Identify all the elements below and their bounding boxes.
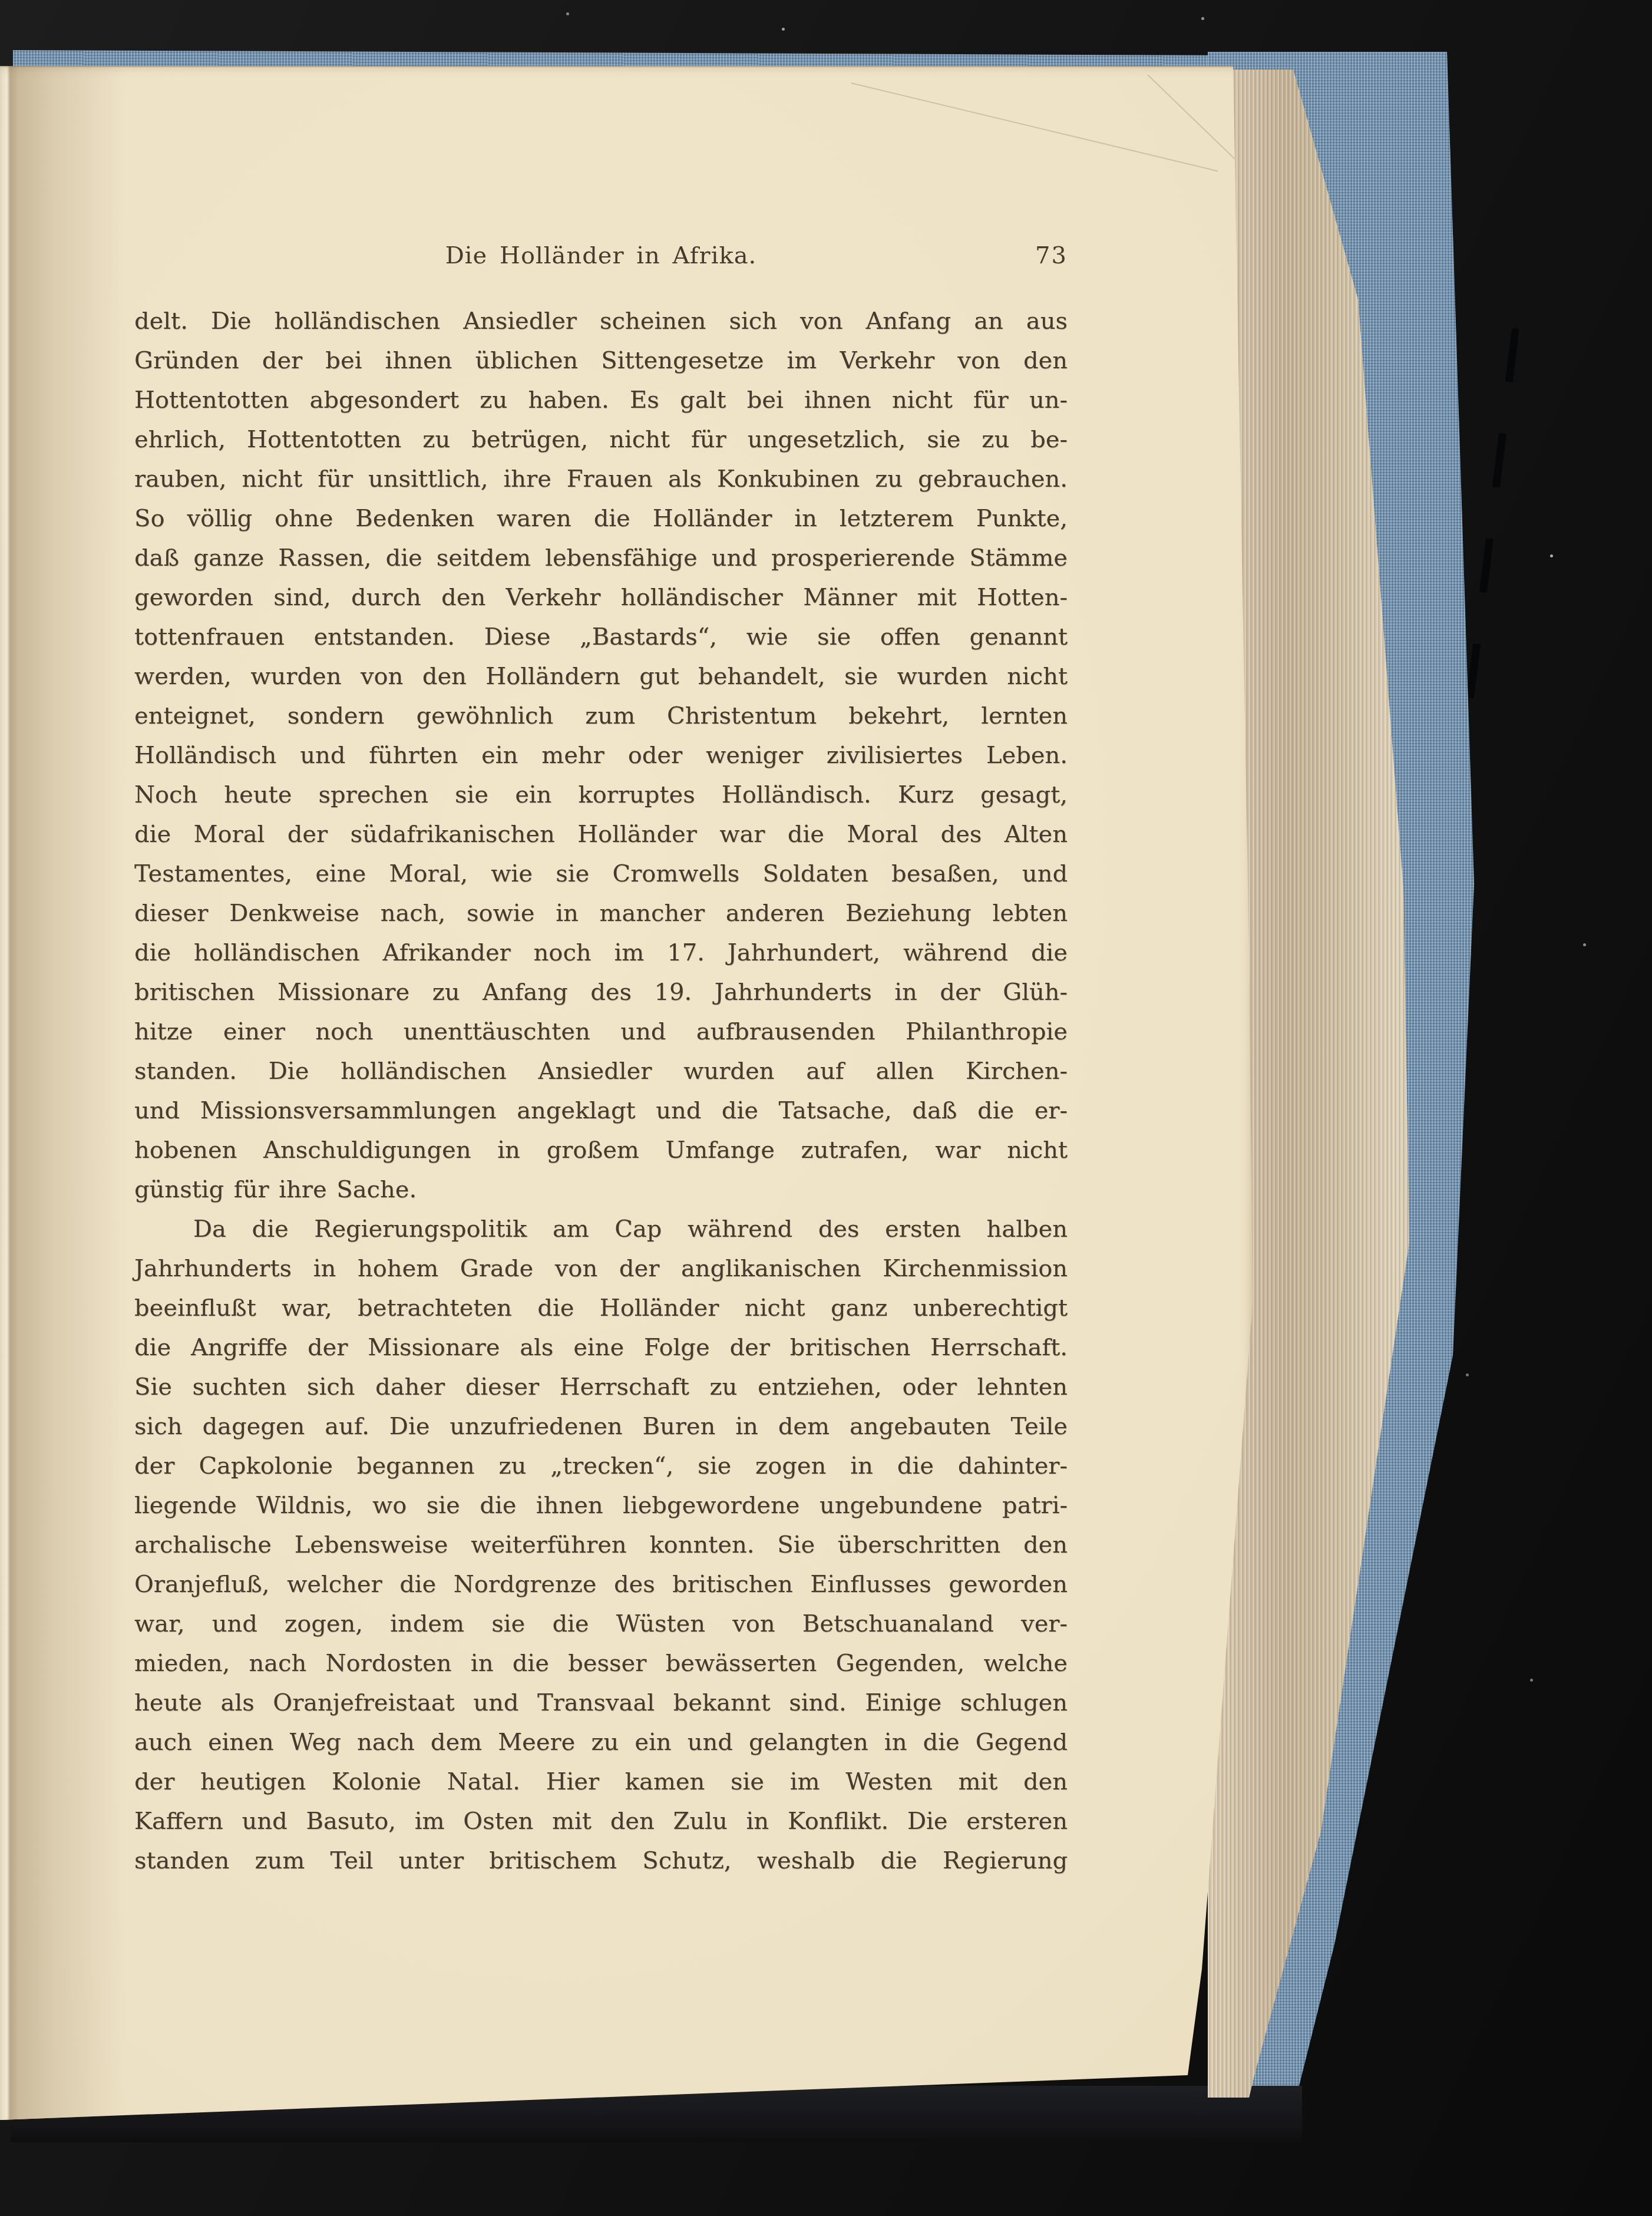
scan-backdrop: 73 Die Holländer in Afrika. delt. Die ho… (0, 0, 1652, 2216)
text-line: Noch heute sprechen sie ein korruptes Ho… (134, 775, 1068, 815)
text-line: sich dagegen auf. Die unzufriedenen Bure… (134, 1407, 1068, 1446)
text-line: hobenen Anschuldigungen in großem Umfang… (134, 1131, 1068, 1170)
page-number: 73 (1035, 239, 1068, 272)
text-line: geworden sind, durch den Verkehr holländ… (134, 578, 1068, 617)
text-line: mieden, nach Nordosten in die besser bew… (134, 1644, 1068, 1683)
text-line: tottenfrauen entstanden. Diese „Bastards… (134, 617, 1068, 657)
text-line: und Missionsversammlungen angeklagt und … (134, 1091, 1068, 1131)
text-line: die Moral der südafrikanischen Holländer… (134, 815, 1068, 854)
text-line: Hottentotten abgesondert zu haben. Es ga… (134, 381, 1068, 420)
text-line: ehrlich, Hottentotten zu betrügen, nicht… (134, 420, 1068, 460)
text-line: Oranjefluß, welcher die Nordgrenze des b… (134, 1565, 1068, 1604)
text-line: enteignet, sondern gewöhnlich zum Christ… (134, 696, 1068, 736)
text-line: So völlig ohne Bedenken waren die Hollän… (134, 499, 1068, 539)
text-line: Da die Regierungspolitik am Cap während … (134, 1210, 1068, 1249)
text-line: archalische Lebensweise weiterführen kon… (134, 1525, 1068, 1565)
text-line: heute als Oranjefreistaat und Transvaal … (134, 1683, 1068, 1723)
text-line: die holländischen Afrikander noch im 17.… (134, 933, 1068, 973)
text-line: daß ganze Rassen, die seitdem lebensfähi… (134, 539, 1068, 578)
text-line: standen. Die holländischen Ansiedler wur… (134, 1052, 1068, 1091)
text-line: dieser Denkweise nach, sowie in mancher … (134, 894, 1068, 933)
text-line: werden, wurden von den Holländern gut be… (134, 657, 1068, 696)
text-line: liegende Wildnis, wo sie die ihnen liebg… (134, 1486, 1068, 1525)
text-line: war, und zogen, indem sie die Wüsten von… (134, 1604, 1068, 1644)
text-line: Jahrhunderts in hohem Grade von der angl… (134, 1249, 1068, 1289)
text-line: Sie suchten sich daher dieser Herrschaft… (134, 1368, 1068, 1407)
text-line: die Angriffe der Missionare als eine Fol… (134, 1328, 1068, 1368)
text-line: Testamentes, eine Moral, wie sie Cromwel… (134, 854, 1068, 894)
text-line: der Capkolonie begannen zu „trecken“, si… (134, 1446, 1068, 1486)
paper-crease (1147, 74, 1235, 159)
text-line: Kaffern und Basuto, im Osten mit den Zul… (134, 1802, 1068, 1841)
book-page: 73 Die Holländer in Afrika. delt. Die ho… (0, 66, 1255, 2129)
running-header: 73 Die Holländer in Afrika. (134, 239, 1068, 276)
body-text: delt. Die holländischen Ansiedler schein… (134, 302, 1068, 1881)
text-line: Gründen der bei ihnen üblichen Sittenges… (134, 341, 1068, 381)
text-line: auch einen Weg nach dem Meere zu ein und… (134, 1723, 1068, 1762)
text-line: günstig für ihre Sache. (134, 1170, 1068, 1210)
text-line: britischen Missionare zu Anfang des 19. … (134, 973, 1068, 1012)
text-line: delt. Die holländischen Ansiedler schein… (134, 302, 1068, 341)
text-line: beeinflußt war, betrachteten die Holländ… (134, 1289, 1068, 1328)
text-line: standen zum Teil unter britischem Schutz… (134, 1841, 1068, 1881)
paper-crease (851, 82, 1218, 171)
text-line: hitze einer noch unenttäuschten und aufb… (134, 1012, 1068, 1052)
page-title: Die Holländer in Afrika. (134, 239, 1068, 272)
text-line: der heutigen Kolonie Natal. Hier kamen s… (134, 1762, 1068, 1802)
dust-specks (0, 0, 2, 2)
text-line: Holländisch und führten ein mehr oder we… (134, 736, 1068, 775)
text-line: rauben, nicht für unsittlich, ihre Fraue… (134, 460, 1068, 499)
